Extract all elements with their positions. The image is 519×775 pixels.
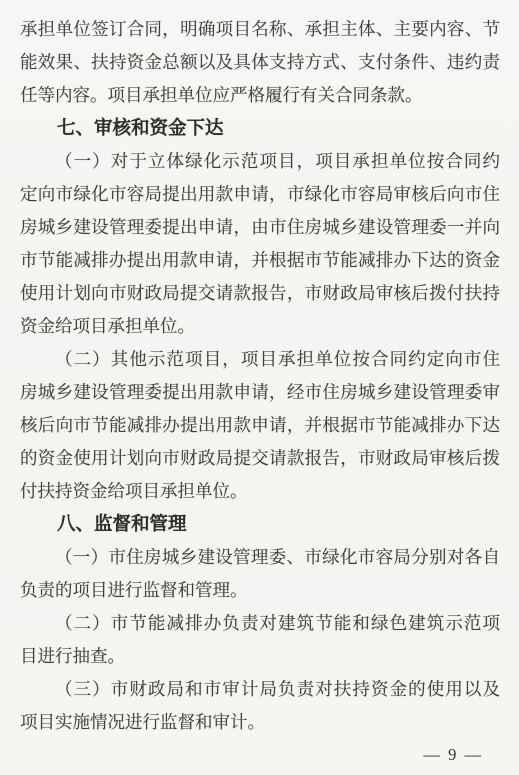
text-line: 房城乡建设管理委提出申请，由市住房城乡建设管理委一并向 — [20, 211, 500, 244]
text-line: （一）对于立体绿化示范项目，项目承担单位按合同约 — [20, 145, 500, 178]
text-line: （三）市财政局和市审计局负责对扶持资金的使用以及 — [20, 673, 500, 706]
text-line: 目进行抽查。 — [20, 640, 500, 673]
text-line: 付扶持资金给项目承担单位。 — [20, 475, 500, 508]
text-line: 房城乡建设管理委提出用款申请，经市住房城乡建设管理委审 — [20, 376, 500, 409]
text-line: （一）市住房城乡建设管理委、市绿化市容局分别对各自 — [20, 541, 500, 574]
text-line: 任等内容。项目承担单位应严格履行有关合同条款。 — [20, 79, 500, 112]
section-heading-7: 七、审核和资金下达 — [20, 112, 500, 145]
text-line: （二）其他示范项目，项目承担单位按合同约定向市住 — [20, 343, 500, 376]
text-line: 定向市绿化市容局提出用款申请，市绿化市容局审核后向市住 — [20, 178, 500, 211]
text-line: 承担单位签订合同，明确项目名称、承担主体、主要内容、节 — [20, 13, 500, 46]
text-line: 项目实施情况进行监督和审计。 — [20, 706, 500, 739]
text-line: 的资金使用计划向市财政局提交请款报告，市财政局审核后拨 — [20, 442, 500, 475]
section-heading-8: 八、监督和管理 — [20, 508, 500, 541]
document-page: 承担单位签订合同，明确项目名称、承担主体、主要内容、节 能效果、扶持资金总额以及… — [0, 0, 519, 775]
text-line: （二）市节能减排办负责对建筑节能和绿色建筑示范项 — [20, 607, 500, 640]
text-line: 核后向市节能减排办提出用款申请，并根据市节能减排办下达 — [20, 409, 500, 442]
page-number: — 9 — — [424, 743, 484, 767]
text-line: 资金给项目承担单位。 — [20, 310, 500, 343]
text-line: 负责的项目进行监督和管理。 — [20, 574, 500, 607]
text-line: 能效果、扶持资金总额以及具体支持方式、支付条件、违约责 — [20, 46, 500, 79]
text-line: 使用计划向市财政局提交请款报告，市财政局审核后拨付扶持 — [20, 277, 500, 310]
text-line: 市节能减排办提出用款申请，并根据市节能减排办下达的资金 — [20, 244, 500, 277]
